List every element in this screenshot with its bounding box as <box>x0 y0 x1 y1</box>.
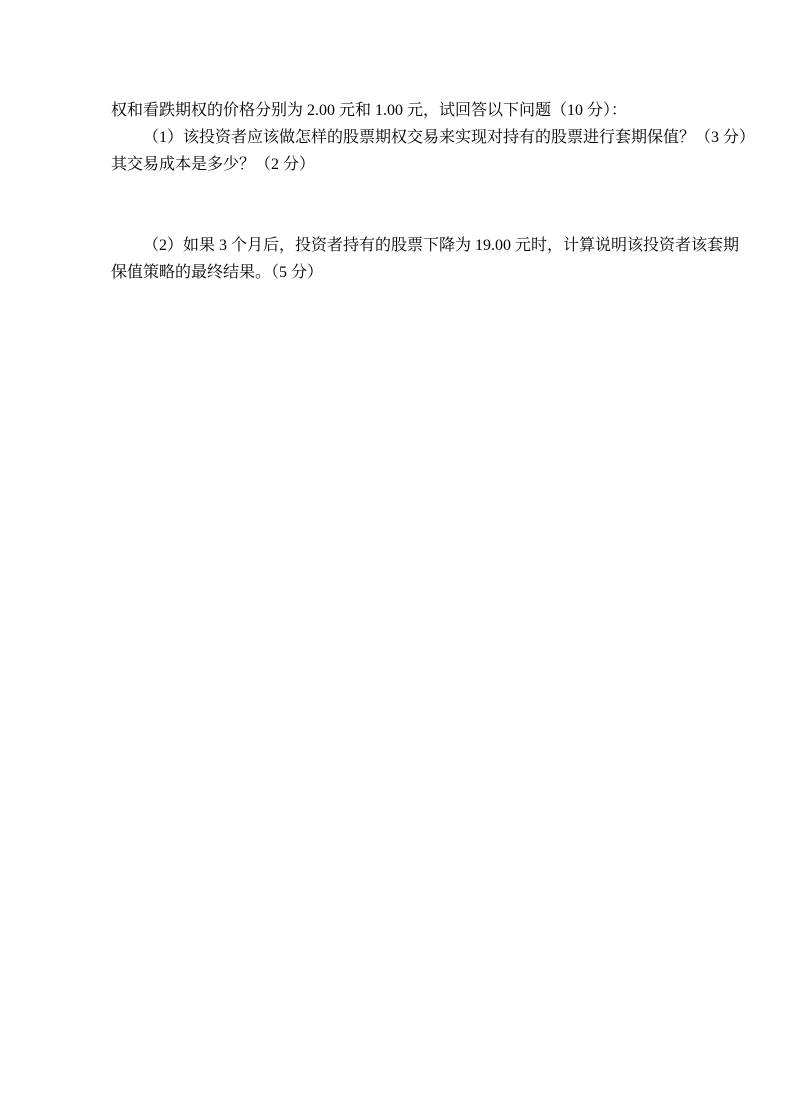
text-line-subquestion-2-b: 保值策略的最终结果。（5 分） <box>111 259 679 286</box>
text-line-subquestion-1-a: （1）该投资者应该做怎样的股票期权交易来实现对持有的股票进行套期保值？（3 分） <box>111 124 679 151</box>
text-line-intro: 权和看跌期权的价格分别为 2.00 元和 1.00 元，试回答以下问题（10 分… <box>111 97 679 124</box>
text-line-subquestion-2-a: （2）如果 3 个月后，投资者持有的股票下降为 19.00 元时，计算说明该投资… <box>111 232 679 259</box>
document-text-block: 权和看跌期权的价格分别为 2.00 元和 1.00 元，试回答以下问题（10 分… <box>111 97 679 286</box>
document-page: 权和看跌期权的价格分别为 2.00 元和 1.00 元，试回答以下问题（10 分… <box>0 0 790 1119</box>
text-line-subquestion-1-b: 其交易成本是多少？（2 分） <box>111 151 679 178</box>
paragraph-gap <box>111 178 679 232</box>
